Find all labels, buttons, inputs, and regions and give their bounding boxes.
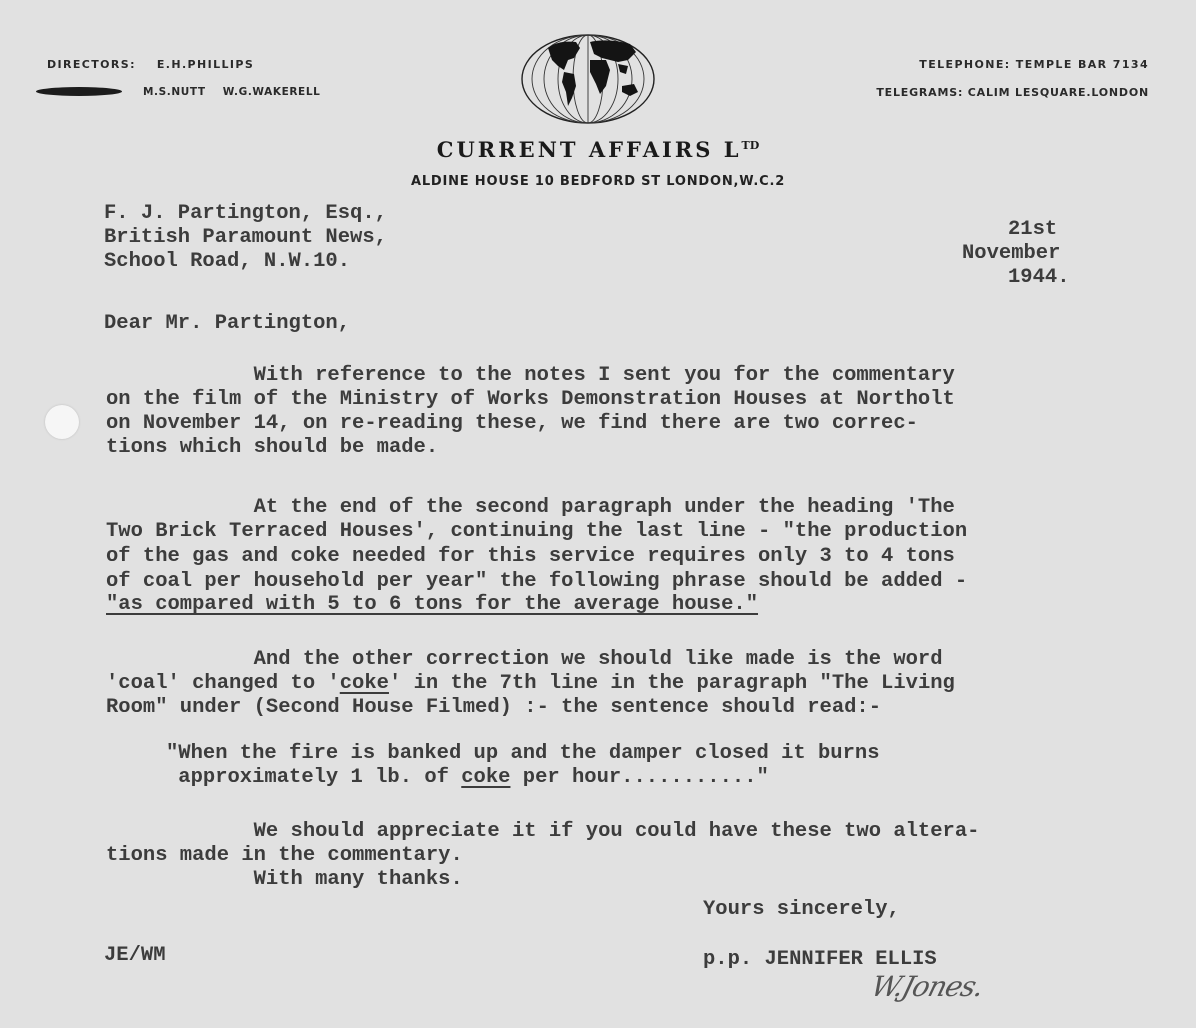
telephone: TELEPHONE: TEMPLE BAR 7134 xyxy=(919,58,1149,71)
director-name: E.H.PHILLIPS xyxy=(157,58,254,71)
company-name: CURRENT AFFAIRS LTD xyxy=(0,137,1196,162)
body-line: Room" under (Second House Filmed) :- the… xyxy=(106,696,881,720)
date-day: 21st xyxy=(1008,218,1057,242)
recipient-address: School Road, N.W.10. xyxy=(104,250,350,274)
body-line: Two Brick Terraced Houses', continuing t… xyxy=(106,520,967,544)
underlined-word: coke xyxy=(340,672,389,695)
directors-line-1: DIRECTORS: E.H.PHILLIPS xyxy=(47,58,254,71)
body-line: of the gas and coke needed for this serv… xyxy=(106,545,955,569)
body-line: tions which should be made. xyxy=(106,436,438,460)
date-month: November xyxy=(962,242,1060,266)
valediction: Yours sincerely, xyxy=(703,898,900,922)
body-line: At the end of the second paragraph under… xyxy=(106,496,955,520)
body-line: of coal per household per year" the foll… xyxy=(106,570,967,594)
underlined-addition: "as compared with 5 to 6 tons for the av… xyxy=(106,593,758,617)
recipient-name: F. J. Partington, Esq., xyxy=(104,202,387,226)
handwritten-signature: W.Jones. xyxy=(868,970,988,1003)
world-map-globe-icon xyxy=(518,30,658,128)
quoted-sentence-line: approximately 1 lb. of coke per hour....… xyxy=(166,766,769,790)
body-line: on the film of the Ministry of Works Dem… xyxy=(106,388,955,412)
body-line: We should appreciate it if you could hav… xyxy=(106,820,979,844)
quoted-sentence-line: "When the fire is banked up and the damp… xyxy=(166,742,880,766)
underlined-word: coke xyxy=(461,766,510,789)
telegrams: TELEGRAMS: CALIM LESQUARE.LONDON xyxy=(876,86,1149,99)
recipient-company: British Paramount News, xyxy=(104,226,387,250)
punch-hole xyxy=(45,405,79,439)
director-name: M.S.NUTT xyxy=(143,86,206,98)
date-year: 1944. xyxy=(1008,266,1070,290)
company-address: ALDINE HOUSE 10 BEDFORD ST LONDON,W.C.2 xyxy=(0,174,1196,189)
body-line: tions made in the commentary. xyxy=(106,844,463,868)
director-name: W.G.WAKERELL xyxy=(223,86,321,98)
body-line: on November 14, on re-reading these, we … xyxy=(106,412,918,436)
body-line: 'coal' changed to 'coke' in the 7th line… xyxy=(106,672,955,696)
reference-initials: JE/WM xyxy=(104,944,166,968)
body-line: With many thanks. xyxy=(106,868,463,892)
directors-label: DIRECTORS: xyxy=(47,58,136,71)
salutation: Dear Mr. Partington, xyxy=(104,312,350,336)
body-line: And the other correction we should like … xyxy=(106,648,943,672)
body-line: With reference to the notes I sent you f… xyxy=(106,364,955,388)
signatory: p.p. JENNIFER ELLIS xyxy=(703,948,937,972)
directors-line-2: M.S.NUTT W.G.WAKERELL xyxy=(143,86,320,98)
redacted-director-name xyxy=(36,87,122,96)
